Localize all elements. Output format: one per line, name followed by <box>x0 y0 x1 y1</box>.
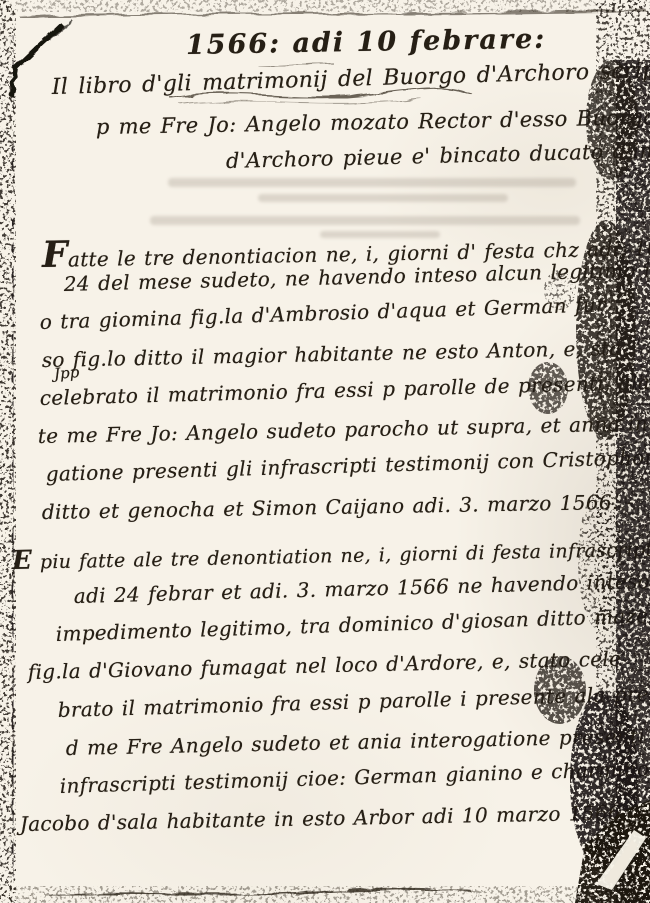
marriage-entry-1: Fatte le tre denontiacion ne, i, giorni … <box>0 234 650 538</box>
register-header: 1566: adi 10 febrare: Il libro d'gli mat… <box>0 30 650 173</box>
bleed-through-text <box>168 178 576 209</box>
manuscript-page: 1566: adi 10 febrare: Il libro d'gli mat… <box>0 0 650 903</box>
supralinear-insertion: Jpp <box>53 363 79 383</box>
marriage-entry-2: E piu fatte ale tre denontiation ne, i, … <box>0 546 650 850</box>
date-heading: 1566: adi 10 febrare: <box>186 24 547 61</box>
